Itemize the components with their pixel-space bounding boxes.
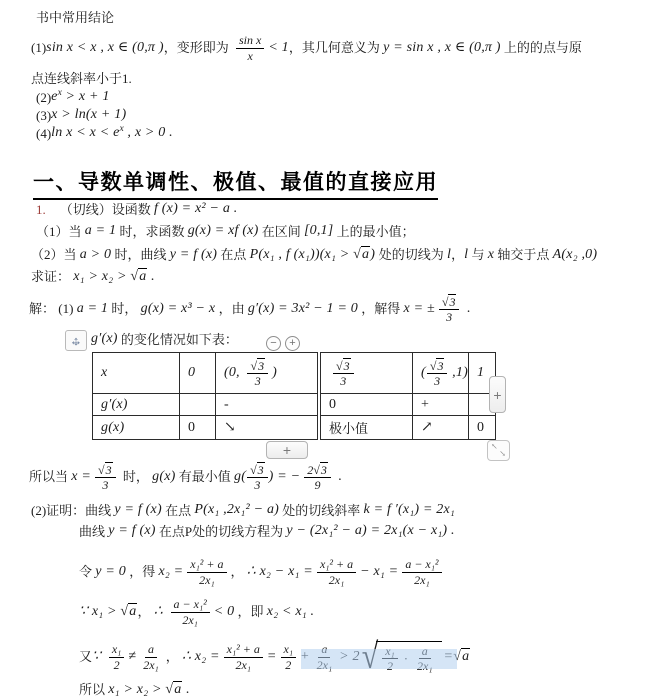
cell-text: x [101,365,107,380]
fraction-denominator: 2 [282,658,294,672]
fraction-x1sq-plus-a: x₁² + a 2x₁ [224,642,263,672]
fraction-denominator: x [244,49,255,63]
text-run: ，得 [126,564,159,580]
fraction-numerator: x₁² + a [320,557,353,571]
text-run: 在点P处的切线方程为 [156,524,287,540]
text-run: 又 [79,649,92,665]
fraction-a-over-2x1: a 2x₁ [414,644,436,674]
text-run: 上的的点与原 [501,40,582,56]
text-run: ，即 [234,604,267,620]
math-run: g′(x) [91,331,118,348]
paragraph-conclusion-1: (1) sin x < x , x ∈ (0,π ) ，变形即为 sin x x… [31,27,582,69]
math-run: x₂ < x₁ . [267,604,314,621]
cell-text: g′(x) [101,397,128,412]
sqrt-sign: √ [362,639,378,675]
variation-table-right[interactable]: √3 3 ( √3 3 ,1) 1 0 + 极小值 ↗ 0 [320,352,496,440]
variation-table-left[interactable]: x 0 (0, √3 3 ) g′(x) - g(x) 0 ↘ [92,352,318,440]
sqrt-radicand: 3 [448,294,456,309]
text-run: ， [231,564,247,580]
fraction-denominator: 2x₁ [140,658,162,672]
fraction-numerator: x₁² + a [227,642,260,656]
math-run: g(x) [152,469,175,486]
cell-critical-x[interactable]: √3 3 [321,353,413,394]
table-resize-handle[interactable]: ↖ ↘ [487,440,510,461]
paragraph-part2: （2）当 a > 0 时，曲线 y = f (x) 在点 P(x₁ , f (x… [31,246,597,264]
cell-text: 0 [477,420,484,435]
math-run: P(x₁ ,2x₁² − a) [194,502,279,519]
section-heading: 一、导数单调性、极值、最值的直接应用 [33,166,438,200]
fraction-a-minus-x1sq: a − x₁² 2x₁ [402,557,441,587]
fraction-denominator: 2x₁ [232,658,254,672]
sqrt-sign: √ [98,463,105,477]
sqrt-radicand: 3 [257,358,265,373]
text-run: ， [166,649,182,665]
fraction-numerator: a [422,644,428,658]
fraction-numerator: a [321,642,327,656]
text-run: 轴交于点 [494,247,553,263]
fraction-sqrt3-over-3: √3 3 [247,462,268,493]
move-arrows-icon: ↕ [66,331,86,350]
sqrt-sign: √ [313,463,320,477]
sqrt-sign: √ [442,295,449,309]
fraction-denominator: 3 [99,478,111,492]
math-run: y = f (x) [108,523,155,540]
text-run: 时， [120,469,153,485]
fraction-denominator: 2x₁ [326,573,348,587]
text-run: 时，求函数 [116,224,188,240]
math-run: , x > 0 . [124,125,173,142]
math-run: g(x) = x³ − x [141,301,216,318]
text-run: 书中常用结论 [36,10,114,26]
math-run: a = 1 [85,223,116,240]
paragraph-conclusion-2: (2) e x > x + 1 [36,89,110,106]
cell-g-0[interactable]: 0 [180,416,216,440]
fraction-x1sq-plus-a: x₁² + a 2x₁ [317,557,356,587]
fraction-a-minus-x1sq: a − x₁² 2x₁ [171,597,210,627]
fraction-numerator: x₁ [112,642,122,656]
paragraph-solution-1: 解： (1) a = 1 时， g(x) = x³ − x ，由 g′(x) =… [29,287,471,331]
math-run: > x + 1 [62,89,110,106]
cell-x-header[interactable]: x [93,353,180,394]
math-run: < 0 [214,604,235,621]
paragraph-part2-claim: 求证： x₁ > x₂ > √ a . [31,268,155,286]
paragraph-proof-5: 又 ∵ x₁ 2 ≠ a 2x₁ ， ∴ x₂ = x₁² + a 2x₁ = … [79,635,470,679]
paragraph-problem-1: 1. （切线）设函数 f (x) = x² − a . [36,201,237,218]
math-run: x₁ > x₂ > [108,682,165,699]
text-run: 时， [108,301,141,317]
math-run: x₂ = [195,649,220,666]
math-run: x = [71,469,91,486]
fraction-denominator: 3 [431,374,443,388]
text-run: ， [137,604,153,620]
because-symbol: ∵ [79,604,92,621]
math-superscript: x [120,124,124,135]
text-run: 在点 [162,503,195,519]
problem-number: 1. [36,202,46,218]
table-row: x 0 (0, √3 3 ) [93,353,318,394]
text-run: 令 [79,564,95,580]
text-run: 有最小值 [175,469,234,485]
table-row: g(x) 0 ↘ [93,416,318,440]
cell-interval-1[interactable]: (0, √3 3 ) [216,353,318,394]
sqrt-sign: √ [165,682,173,699]
math-run: f (x) = x² − a . [154,201,237,218]
text-run: ，其几何意义为 [289,40,383,56]
fraction-sqrt3-over-3: √3 3 [95,462,116,493]
big-sqrt: √ x₁ 2 · a 2x₁ [362,641,442,674]
cell-text: - [224,397,229,412]
text-run: (2)证明：曲线 [31,503,114,519]
math-run: ) = − [269,469,301,486]
cell-text: g(x) [101,420,124,435]
math-run: sin x < x , x ∈ (0,π ) [46,40,164,57]
math-run: = [444,649,454,666]
sqrt-sign: √ [250,463,257,477]
cell-g-header[interactable]: g(x) [93,416,180,440]
fraction-numerator: a [148,642,154,656]
cell-text: 0 [329,397,336,412]
text-run: ，解得 [358,301,404,317]
cell-minimum-label[interactable]: 极小值 [321,416,413,440]
text-run: 与 [468,247,488,263]
fraction-2sqrt3-over-9: 2√3 9 [304,462,331,493]
text-run: 处的切线斜率 [279,503,364,519]
fraction-numerator: sin x [239,33,261,47]
plus-glyph: + [289,338,295,349]
sqrt-radicand: 3 [320,462,328,477]
cell-gprime-0[interactable]: 0 [321,394,413,416]
paragraph-proof-4: ∵ x₁ > √ a ， ∴ a − x₁² 2x₁ < 0 ，即 x₂ < x… [79,590,314,634]
text-run: 处的切线为 [379,247,447,263]
cell-decreasing-arrow[interactable]: ↘ [216,416,318,440]
fraction-a-over-2x1: a 2x₁ [314,642,336,672]
cell-text: ) [272,365,277,381]
cell-text: ( [421,365,426,381]
down-right-arrow-icon: ↘ [224,420,236,435]
cell-increasing-arrow[interactable]: ↗ [413,416,469,440]
math-run: y = sin x , x ∈ (0,π ) [383,40,501,57]
fraction-sqrt3-over-3: √3 3 [247,358,268,389]
cell-g-1[interactable]: 0 [468,416,495,440]
math-run: ≠ [128,649,136,666]
cell-text: (0, [224,365,243,381]
math-run: x₁ > [92,604,121,621]
fraction-denominator: 2x₁ [196,573,218,587]
math-run: − x₁ = [360,564,398,581]
math-run: P(x₁ , f (x₁))(x₁ > [250,247,353,264]
text-run: (1) [58,301,76,317]
math-run: g( [234,469,246,486]
fraction-denominator: 3 [337,374,349,388]
table-row: 极小值 ↗ 0 [321,416,496,440]
fraction-x1sq-plus-a: x₁² + a 2x₁ [187,557,226,587]
fraction-denominator: 2 [384,659,396,673]
therefore-symbol: ∴ [182,649,195,666]
math-run: < 1 [268,40,289,57]
fraction-sqrt3-over-3: √3 3 [439,294,460,325]
fraction-denominator: 3 [443,310,455,324]
cell-sign-positive[interactable]: + [413,394,469,416]
text-run: （2）当 [31,247,80,263]
text-run: 上的最小值； [333,224,414,240]
fraction-denominator: 9 [312,478,324,492]
sqrt-sign: √ [250,359,257,373]
therefore-symbol: ∴ [154,604,167,621]
fraction-x1-over-2: x₁ 2 [382,644,398,674]
circle-minus-icon[interactable]: − [266,336,281,351]
text-run: ，由 [215,301,248,317]
sqrt-radicand: a [138,268,147,286]
fraction-x1-over-2: x₁ 2 [281,642,297,672]
sqrt-sign: √ [130,269,138,286]
text-run: ， [451,247,464,263]
sqrt-radicand: a [461,648,470,666]
sqrt-sign: √ [430,359,437,373]
cell-x-0[interactable]: 0 [180,353,216,394]
cell-text: 0 [188,365,195,380]
add-column-button[interactable]: + [489,376,506,413]
math-run: + [300,649,310,666]
text-run: 点连线斜率小于1. [31,71,132,87]
cell-text: 极小值 [329,421,368,436]
math-run: . [182,682,189,699]
cell-text: 0 [188,420,195,435]
fraction-sqrt3-over-3: √3 3 [333,358,354,389]
text-run: 时，曲线 [111,247,170,263]
fraction-a-over-2x1: a 2x₁ [140,642,162,672]
math-run: ) [370,247,379,264]
fraction-denominator: 3 [251,478,263,492]
sqrt-sign: √ [120,604,128,621]
fraction-numerator: a − x₁² [174,597,207,611]
math-run: > 2 [339,649,360,666]
text-run: (4) [36,126,51,142]
math-run: a = 1 [77,301,108,318]
resize-se-arrow-icon: ↘ [499,450,506,458]
cell-text: ,1) [448,365,467,381]
document-page: 书中常用结论 (1) sin x < x , x ∈ (0,π ) ，变形即为 … [0,0,666,699]
circle-plus-icon[interactable]: + [285,336,300,351]
text-run: 解： [29,301,58,317]
up-right-arrow-icon: ↗ [421,420,433,435]
cdot-symbol: · [404,651,408,667]
text-run: 在点 [217,247,250,263]
cell-gprime-header[interactable]: g′(x) [93,394,180,416]
math-run: . [335,469,342,486]
cell-empty[interactable] [180,394,216,416]
math-run: x₂ = [158,564,183,581]
math-superscript: x [58,88,62,99]
table-row: √3 3 ( √3 3 ,1) 1 [321,353,496,394]
fraction-x1-over-2: x₁ 2 [109,642,125,672]
paragraph-proof-2: 曲线 y = f (x) 在点P处的切线方程为 y − (2x₁² − a) =… [79,523,455,540]
sqrt-radicand: 3 [257,462,265,477]
fraction-sinx-over-x: sin x x [236,33,264,63]
math-run: . [463,301,470,318]
sqrt-radicand: a [361,246,370,264]
text-run: 在区间 [258,224,304,240]
text-run: (2) [36,90,51,106]
sqrt-sign: √ [453,649,461,666]
math-run: x₁ > x₂ > [73,269,130,286]
paragraph-table-caption: g′(x) 的变化情况如下表： [91,331,238,348]
text-run: (1) [31,40,46,56]
math-run: ln x < x < e [51,125,119,142]
sqrt-sign: √ [336,359,343,373]
cell-sign-negative[interactable]: - [216,394,318,416]
math-run: g′(x) = 3x² − 1 = 0 [248,301,358,318]
math-run: [0,1] [304,223,333,240]
sqrt-radicand: a [173,681,182,699]
math-run: x > ln(x + 1) [51,107,126,124]
sqrt-radicand: 3 [343,358,351,373]
fraction-sqrt3-over-3: √3 3 [427,358,448,389]
math-run: = [267,649,277,666]
sqrt-sign: √ [353,247,361,264]
math-run: y − (2x₁² − a) = 2x₁(x − x₁) . [286,523,454,540]
math-run: x = ± [404,301,435,318]
math-run: . [147,269,154,286]
text-run: 求证： [31,269,73,285]
math-run: y = 0 [95,564,126,581]
paragraph-conclusion-final: 所以 x₁ > x₂ > √ a . [79,681,190,699]
paragraph-part1: （1）当 a = 1 时，求函数 g(x) = xf (x) 在区间 [0,1]… [36,223,415,240]
text-run: 所以当 [29,469,71,485]
text-run: （切线）设函数 [60,202,154,218]
resize-nw-arrow-icon: ↖ [491,443,498,451]
fraction-numerator: x₁ [284,642,294,656]
cell-interval-2[interactable]: ( √3 3 ,1) [413,353,469,394]
because-symbol: ∵ [92,649,105,666]
fraction-denominator: 2x₁ [414,659,436,673]
text-run: 所以 [79,682,108,698]
sqrt-radicand: a [128,603,137,621]
paragraph-conclusion-3: (3) x > ln(x + 1) [36,107,126,124]
math-run: y = f (x) [114,502,161,519]
fraction-numerator: a − x₁² [405,557,438,571]
cell-text: + [421,397,429,412]
math-run: y = f (x) [170,247,217,264]
text-run: 的变化情况如下表： [118,332,238,348]
text-run: (3) [36,108,51,124]
cell-text: 1 [477,365,484,380]
table-row: 0 + [321,394,496,416]
fraction-numerator: x₁ [385,644,395,658]
paragraph-conclusion-4: (4) ln x < x < e x , x > 0 . [36,125,173,142]
math-run: g(x) = xf (x) [188,223,259,240]
paragraph-conclusion-1b: 点连线斜率小于1. [31,71,132,87]
table-row: g′(x) - [93,394,318,416]
fraction-denominator: 3 [252,374,264,388]
intro-title: 书中常用结论 [36,10,114,26]
math-run: A(x₂ ,0) [553,247,598,264]
paragraph-proof-3: 令 y = 0 ，得 x₂ = x₁² + a 2x₁ ， ∴ x₂ − x₁ … [79,550,446,594]
fraction-denominator: 2x₁ [179,613,201,627]
fraction-denominator: 2 [111,658,123,672]
text-run: ，变形即为 [164,40,232,56]
text-run: （1）当 [36,224,85,240]
math-run: a > 0 [80,247,111,264]
paragraph-minimum-result: 所以当 x = √3 3 时， g(x) 有最小值 g( √3 3 ) = − … [29,455,342,499]
fraction-numerator: x₁² + a [190,557,223,571]
therefore-symbol: ∴ [247,564,260,581]
text-run: 曲线 [79,524,108,540]
fraction-denominator: 2x₁ [314,658,336,672]
sqrt-radicand: 3 [436,358,444,373]
minus-glyph: − [270,338,276,349]
table-move-handle[interactable]: ↔ ↕ [65,330,87,351]
math-run: x₂ − x₁ = [260,564,313,581]
fraction-denominator: 2x₁ [411,573,433,587]
paragraph-proof-1: (2)证明：曲线 y = f (x) 在点 P(x₁ ,2x₁² − a) 处的… [31,502,455,519]
math-run: k = f ′(x₁) = 2x₁ [364,502,455,519]
sqrt-radicand: 3 [105,462,113,477]
